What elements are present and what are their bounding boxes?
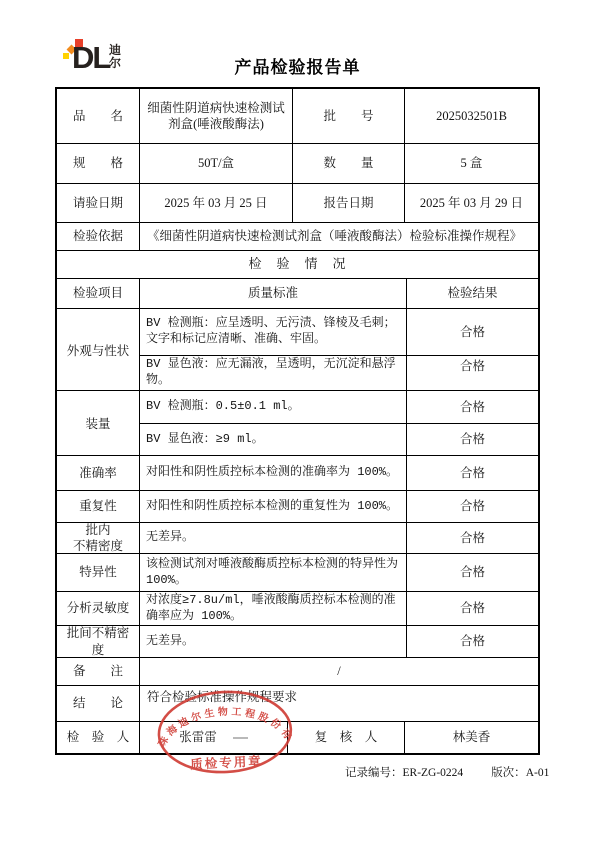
fill-item-label: 装量	[57, 391, 140, 455]
accuracy-item: 准确率	[57, 456, 140, 490]
repeatability-result: 合格	[407, 491, 538, 522]
version-label: 版次：	[491, 764, 526, 780]
appearance-standard-2: BV 显色液：应无漏液，呈透明，无沉淀和悬浮物。	[140, 356, 407, 390]
batch-no-value: 2025032501B	[405, 89, 538, 143]
signoff-row: 检 验 人 张雷雷 复 核 人 林美香	[57, 722, 538, 753]
specificity-standard: 该检测试剂对唾液酸酶质控标本检测的特异性为 100%。	[140, 554, 407, 591]
specificity-item: 特异性	[57, 554, 140, 591]
appearance-item-label: 外观与性状	[57, 309, 140, 390]
repeatability-standard: 对阳性和阴性质控标本检测的重复性为 100%。	[140, 491, 407, 522]
inter-batch-standard: 无差异。	[140, 626, 407, 657]
table-row: 检验依据 《细菌性阴道病快速检测试剂盒（唾液酸酶法）检验标准操作规程》	[57, 223, 538, 251]
table-row: 检 验 情 况	[57, 251, 538, 279]
request-date-value: 2025 年 03 月 25 日	[140, 184, 293, 222]
spec-value: 50T/盒	[140, 144, 293, 183]
conclusion-label: 结 论	[57, 686, 140, 721]
fill-volume-group: 装量 BV 检测瓶：0.5±0.1 ml。 合格 BV 显色液：≥9 ml。 合…	[57, 391, 538, 456]
table-row: 结 论 符合检验标准操作规程要求	[57, 686, 538, 722]
table-row: 重复性 对阳性和阴性质控标本检测的重复性为 100%。 合格	[57, 491, 538, 523]
report-page: DL 迪尔 产品检验报告单 品 名 细菌性阴道病快速检测试剂盒(唾液酸酶法) 批…	[0, 0, 595, 842]
fill-result-2: 合格	[407, 424, 538, 455]
table-row: 批间不精密 度 无差异。 合格	[57, 626, 538, 658]
appearance-result-1: 合格	[407, 309, 538, 355]
stamp-label-text: 质检专用章	[190, 753, 263, 772]
table-row: 请验日期 2025 年 03 月 25 日 报告日期 2025 年 03 月 2…	[57, 184, 538, 223]
table-row: BV 显色液：≥9 ml。 合格	[140, 424, 538, 455]
basis-label: 检验依据	[57, 223, 140, 250]
spec-label: 规 格	[57, 144, 140, 183]
repeatability-item: 重复性	[57, 491, 140, 522]
table-header-row: 检验项目 质量标准 检验结果	[57, 279, 538, 309]
table-row: 备 注 /	[57, 658, 538, 686]
fill-result-1: 合格	[407, 391, 538, 423]
pen-mark	[233, 737, 248, 739]
sensitivity-result: 合格	[407, 592, 538, 625]
intra-batch-standard: 无差异。	[140, 523, 407, 553]
remark-label: 备 注	[57, 658, 140, 685]
appearance-result-2: 合格	[407, 356, 538, 390]
inspector-name: 张雷雷	[140, 722, 288, 753]
col-header-item: 检验项目	[57, 279, 140, 308]
intra-batch-result: 合格	[407, 523, 538, 553]
quantity-label: 数 量	[293, 144, 405, 183]
report-date-value: 2025 年 03 月 29 日	[405, 184, 538, 222]
table-row: 批内 不精密度 无差异。 合格	[57, 523, 538, 554]
page-title: 产品检验报告单	[0, 53, 595, 78]
remark-value: /	[140, 658, 538, 685]
conclusion-value: 符合检验标准操作规程要求	[140, 686, 538, 721]
table-row: 品 名 细菌性阴道病快速检测试剂盒(唾液酸酶法) 批 号 2025032501B	[57, 89, 538, 144]
accuracy-standard: 对阳性和阴性质控标本检测的准确率为 100%。	[140, 456, 407, 490]
col-header-result: 检验结果	[407, 279, 538, 308]
reviewer-name: 林美香	[405, 722, 538, 753]
quantity-value: 5 盒	[405, 144, 538, 183]
request-date-label: 请验日期	[57, 184, 140, 222]
col-header-standard: 质量标准	[140, 279, 407, 308]
report-date-label: 报告日期	[293, 184, 405, 222]
batch-no-label: 批 号	[293, 89, 405, 143]
specificity-result: 合格	[407, 554, 538, 591]
table-row: BV 显色液：应无漏液，呈透明，无沉淀和悬浮物。 合格	[140, 356, 538, 390]
basis-value: 《细菌性阴道病快速检测试剂盒（唾液酸酶法）检验标准操作规程》	[140, 223, 538, 250]
report-table: 品 名 细菌性阴道病快速检测试剂盒(唾液酸酶法) 批 号 2025032501B…	[55, 87, 540, 755]
record-no-label: 记录编号：	[345, 764, 403, 780]
record-no-value: ER-ZG-0224	[403, 767, 464, 779]
accuracy-result: 合格	[407, 456, 538, 490]
footer: 记录编号：ER-ZG-0224 版次：A-01	[345, 764, 549, 780]
product-name-label: 品 名	[57, 89, 140, 143]
version-value: A-01	[526, 767, 550, 779]
product-name-value: 细菌性阴道病快速检测试剂盒(唾液酸酶法)	[140, 89, 293, 143]
inspector-label: 检 验 人	[57, 722, 140, 753]
appearance-group: 外观与性状 BV 检测瓶：应呈透明、无污渍、锋棱及毛刺；文字和标记应清晰、准确、…	[57, 309, 538, 391]
sensitivity-standard: 对浓度≥7.8u/ml，唾液酸酶质控标本检测的准确率应为 100%。	[140, 592, 407, 625]
inter-batch-result: 合格	[407, 626, 538, 657]
inter-batch-item: 批间不精密 度	[57, 626, 140, 657]
intra-batch-item: 批内 不精密度	[57, 523, 140, 553]
inspector-name-text: 张雷雷	[179, 729, 217, 745]
table-row: BV 检测瓶：0.5±0.1 ml。 合格	[140, 391, 538, 424]
table-row: 分析灵敏度 对浓度≥7.8u/ml，唾液酸酶质控标本检测的准确率应为 100%。…	[57, 592, 538, 626]
sensitivity-item: 分析灵敏度	[57, 592, 140, 625]
table-row: BV 检测瓶：应呈透明、无污渍、锋棱及毛刺；文字和标记应清晰、准确、牢固。 合格	[140, 309, 538, 356]
fill-standard-1: BV 检测瓶：0.5±0.1 ml。	[140, 391, 407, 423]
fill-standard-2: BV 显色液：≥9 ml。	[140, 424, 407, 455]
reviewer-label: 复 核 人	[288, 722, 405, 753]
table-row: 准确率 对阳性和阴性质控标本检测的准确率为 100%。 合格	[57, 456, 538, 491]
table-row: 规 格 50T/盒 数 量 5 盒	[57, 144, 538, 184]
inspection-section-title: 检 验 情 况	[57, 251, 538, 278]
table-row: 特异性 该检测试剂对唾液酸酶质控标本检测的特异性为 100%。 合格	[57, 554, 538, 592]
appearance-standard-1: BV 检测瓶：应呈透明、无污渍、锋棱及毛刺；文字和标记应清晰、准确、牢固。	[140, 309, 407, 355]
